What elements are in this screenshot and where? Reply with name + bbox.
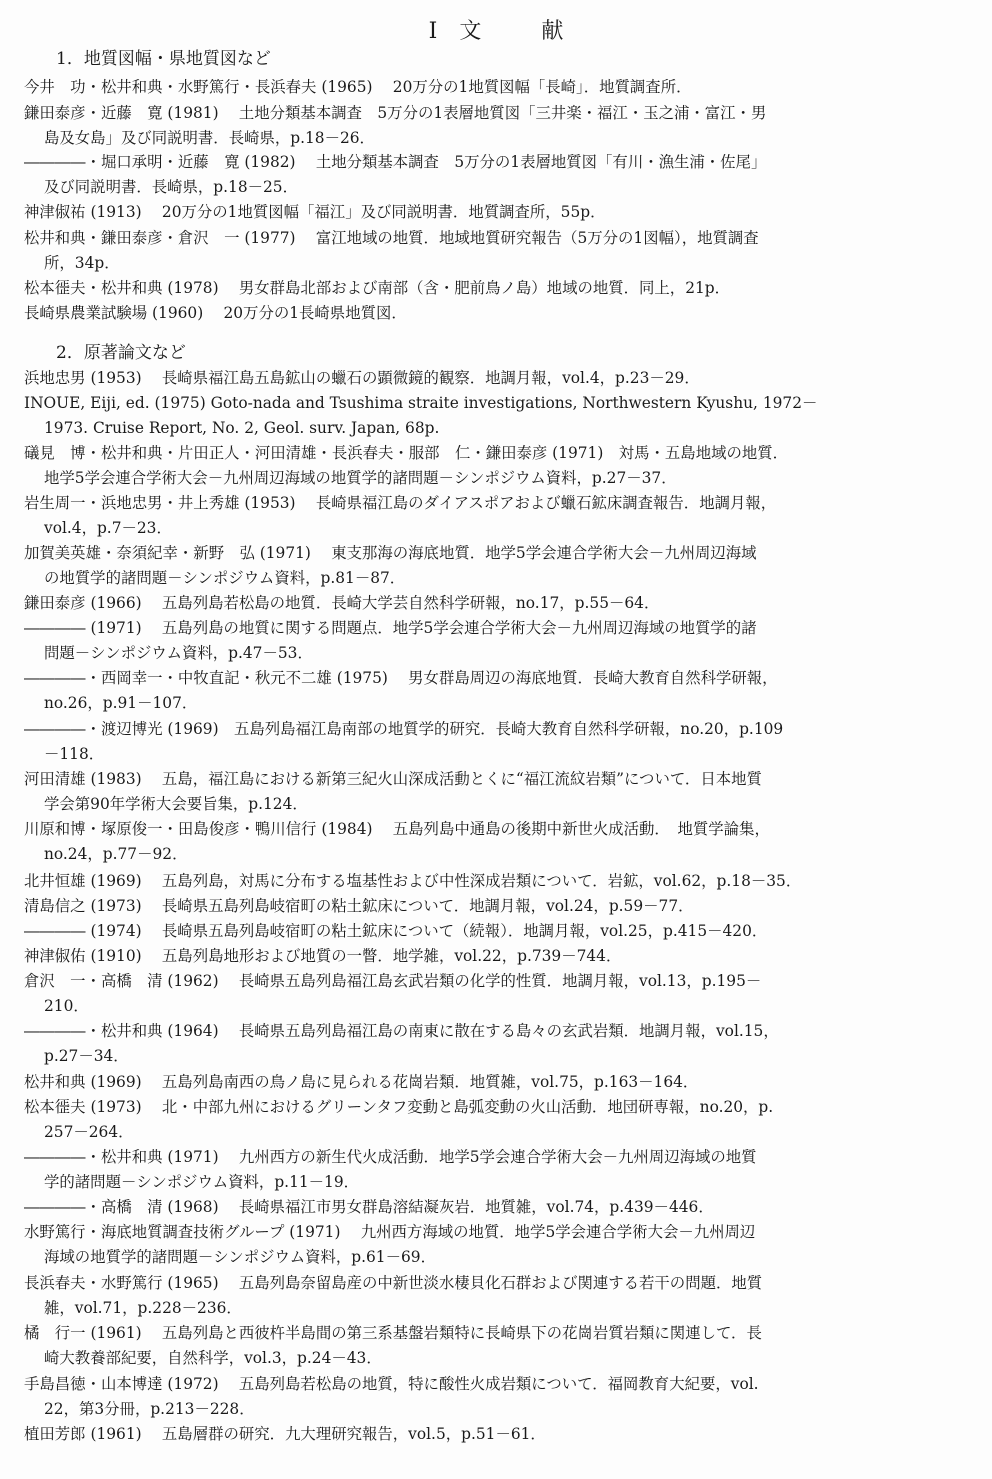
reference-entry-continuation: 海域の地質学的諸問題－シンポジウム資料，p.61－69． [44, 1250, 436, 1265]
reference-entry: INOUE, Eiji, ed. (1975) Goto-nada and Ts… [24, 396, 817, 411]
reference-entry: 松井和典・鎌田泰彦・倉沢 一 (1977) 富江地域の地質．地域地質研究報告（5… [24, 231, 759, 246]
reference-entry-continuation: 地学5学会連合学術大会－九州周辺海域の地質学的諸問題－シンポジウム資料，p.27… [44, 471, 677, 486]
reference-entry-continuation: 所，34p． [44, 256, 120, 271]
reference-entry-continuation: 210． [44, 999, 89, 1014]
section-heading: 1．地質図幅・県地質図など [56, 44, 271, 69]
reference-entry: 清島信之 (1973) 長崎県五島列島岐宿町の粘土鉱床について．地調月報，vol… [24, 899, 694, 914]
page-title: I文献 [0, 14, 992, 45]
reference-entry-continuation: 島及女島」及び同説明書．長崎県，p.18－26． [44, 131, 375, 146]
reference-entry: 橘 行一 (1961) 五島列島と西彼杵半島間の第三系基盤岩類特に長崎県下の花崗… [24, 1326, 762, 1341]
reference-entry-continuation: 学的諸問題－シンポジウム資料，p.11－19． [44, 1175, 359, 1190]
reference-entry: 鎌田泰彦 (1966) 五島列島若松島の地質．長崎大学芸自然科学研報，no.17… [24, 596, 659, 611]
title-char-1: 文 [459, 14, 481, 45]
reference-entry: ――――・西岡幸一・中牧直記・秋元不二雄 (1975) 男女群島周辺の海底地質．… [24, 671, 778, 686]
reference-entry: 北井恒雄 (1969) 五島列島，対馬に分布する塩基性および中性深成岩類について… [24, 874, 801, 889]
reference-entry: 今井 功・松井和典・水野篤行・長浜春夫 (1965) 20万分の1地質図幅「長崎… [24, 80, 691, 95]
reference-entry: 松本徰夫・松井和典 (1978) 男女群島北部および南部（含・肥前鳥ノ島）地域の… [24, 281, 730, 296]
reference-entry: 長浜春夫・水野篤行 (1965) 五島列島奈留島産の中新世淡水棲貝化石群および関… [24, 1276, 762, 1291]
reference-entry: ――――・高橋 清 (1968) 長崎県福江市男女群島溶結凝灰岩．地質雑，vol… [24, 1200, 714, 1215]
reference-entry-continuation: 1973. Cruise Report, No. 2, Geol. surv. … [44, 421, 439, 436]
reference-entry-continuation: no.26，p.91－107． [44, 696, 197, 711]
reference-entry-continuation: －118． [44, 747, 104, 762]
reference-entry: 川原和博・塚原俊一・田島俊彦・鴨川信行 (1984) 五島列島中通島の後期中新世… [24, 822, 770, 837]
reference-entry: ――――・堀口承明・近藤 寛 (1982) 土地分類基本調査 5万分の1表層地質… [24, 155, 766, 170]
document-page: I文献 1．地質図幅・県地質図など今井 功・松井和典・水野篤行・長浜春夫 (19… [0, 0, 992, 1479]
reference-entry: 礒見 博・松井和典・片田正人・河田清雄・長浜春夫・服部 仁・鎌田泰彦 (1971… [24, 446, 788, 461]
reference-entry-continuation: 22，第3分冊，p.213－228． [44, 1402, 255, 1417]
reference-entry: 浜地忠男 (1953) 長崎県福江島五島鉱山の蠟石の顕微鏡的観察．地調月報，vo… [24, 371, 700, 386]
reference-entry-continuation: no.24，p.77－92． [44, 847, 187, 862]
reference-entry: 岩生周一・浜地忠男・井上秀雄 (1953) 長崎県福江島のダイアスポアおよび蠟石… [24, 496, 776, 511]
reference-entry: 植田芳郎 (1961) 五島層群の研究．九大理研究報告，vol.5，p.51－6… [24, 1427, 546, 1442]
reference-entry: ――――・松井和典 (1971) 九州西方の新生代火成活動．地学5学会連合学術大… [24, 1150, 757, 1165]
reference-entry-continuation: p.27－34． [44, 1049, 129, 1064]
reference-entry-continuation: 崎大教養部紀要，自然科学，vol.3，p.24－43． [44, 1351, 382, 1366]
reference-entry: ――――・渡辺博光 (1969) 五島列島福江島南部の地質学的研究．長崎大教育自… [24, 722, 783, 737]
reference-entry: 水野篤行・海底地質調査技術グループ (1971) 九州西方海域の地質．地学5学会… [24, 1225, 755, 1240]
reference-entry: ―――― (1974) 長崎県五島列島岐宿町の粘土鉱床について（続報）．地調月報… [24, 924, 767, 939]
reference-entry: 長崎県農業試験場 (1960) 20万分の1長崎県地質図． [24, 306, 407, 321]
reference-entry-continuation: vol.4，p.7－23． [44, 521, 172, 536]
title-roman-numeral: I [429, 19, 438, 44]
reference-entry-continuation: 257－264． [44, 1125, 134, 1140]
reference-entry: ――――・松井和典 (1964) 長崎県五島列島福江島の南東に散在する島々の玄武… [24, 1024, 779, 1039]
reference-entry: 手島昌徳・山本博達 (1972) 五島列島若松島の地質，特に酸性火成岩類について… [24, 1377, 759, 1392]
reference-entry: 鎌田泰彦・近藤 寛 (1981) 土地分類基本調査 5万分の1表層地質図「三井楽… [24, 106, 766, 121]
reference-entry-continuation: 雑，vol.71，p.228－236． [44, 1301, 242, 1316]
reference-entry: 松本徰夫 (1973) 北・中部九州におけるグリーンタフ変動と島弧変動の火山活動… [24, 1100, 773, 1115]
reference-entry-continuation: 学会第90年学術大会要旨集，p.124． [44, 797, 308, 812]
reference-entry: 神津俶祐 (1913) 20万分の1地質図幅「福江」及び同説明書．地質調査所，5… [24, 205, 606, 220]
reference-entry: 倉沢 一・高橋 清 (1962) 長崎県五島列島福江島玄武岩類の化学的性質．地調… [24, 974, 761, 989]
reference-entry: 神津俶佑 (1910) 五島列島地形および地質の一瞥．地学雑，vol.22，p.… [24, 949, 621, 964]
reference-entry: ―――― (1971) 五島列島の地質に関する問題点．地学5学会連合学術大会－九… [24, 621, 757, 636]
section-heading: 2．原著論文など [56, 338, 186, 363]
reference-entry: 加賀美英雄・奈須紀幸・新野 弘 (1971) 東支那海の海底地質．地学5学会連合… [24, 546, 757, 561]
reference-entry: 河田清雄 (1983) 五島，福江島における新第三紀火山深成活動とくに“福江流紋… [24, 772, 762, 787]
reference-entry-continuation: 及び同説明書．長崎県，p.18－25． [44, 180, 298, 195]
reference-entry-continuation: の地質学的諸問題－シンポジウム資料，p.81－87． [44, 571, 405, 586]
title-char-2: 献 [541, 14, 563, 45]
reference-entry: 松井和典 (1969) 五島列島南西の鳥ノ島に見られる花崗岩類．地質雑，vol.… [24, 1075, 698, 1090]
reference-entry-continuation: 問題－シンポジウム資料，p.47－53． [44, 646, 313, 661]
